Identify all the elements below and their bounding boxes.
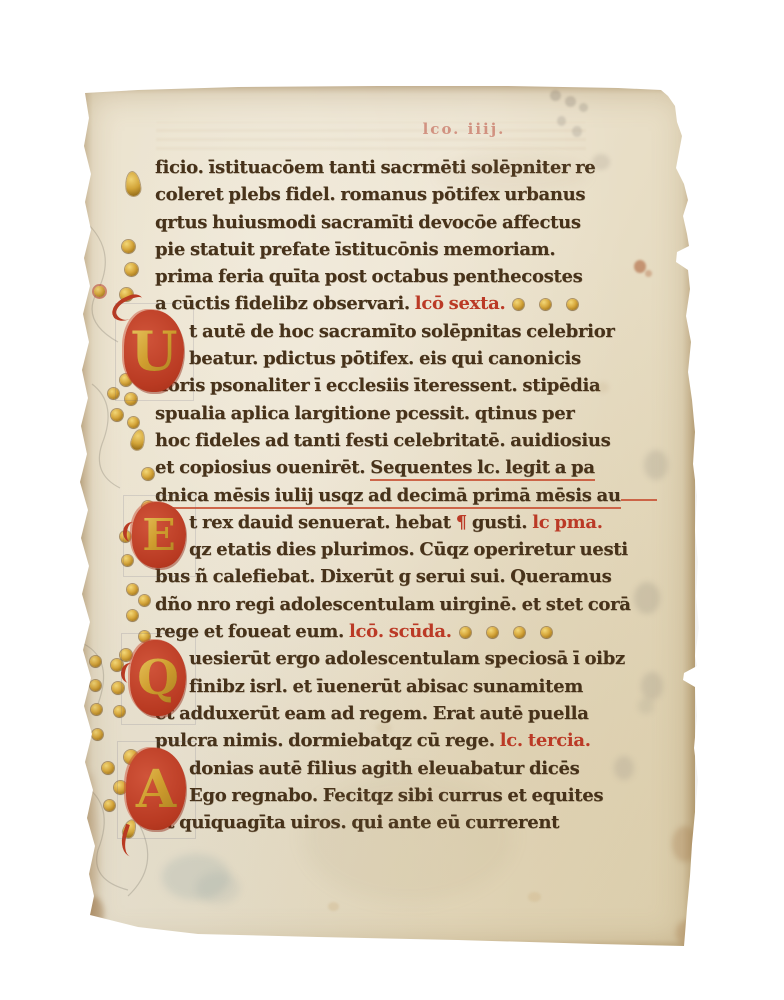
rubric-segment: lc pma. xyxy=(532,512,603,533)
text-segment: qrtus huiusmodi sacramīti devocōe affect… xyxy=(155,212,581,233)
stain xyxy=(641,672,663,700)
gold-line-filler-dot xyxy=(514,627,525,638)
stain xyxy=(550,90,561,101)
text-line: pie statuit prefate īstitucōnis memoriam… xyxy=(155,236,635,263)
text-line: uesierūt ergo adolescentulam speciosā ī … xyxy=(155,645,635,672)
rubric-segment: lcō. scūda. xyxy=(349,621,452,642)
text-segment: pie statuit prefate īstitucōnis memoriam… xyxy=(155,239,555,260)
margin-gold-dot xyxy=(122,240,135,253)
text-line: dño nro regi adolescentulam uirginē. et … xyxy=(155,591,635,618)
text-segment: t rex dauid senuerat. hebat xyxy=(189,512,456,533)
illuminated-initial-q: Q xyxy=(130,640,186,716)
stain xyxy=(672,826,698,862)
text-line: pulcra nimis. dormiebatqz cū rege. lc. t… xyxy=(155,727,635,754)
text-segment: ficio. īstituacōem tanti sacrmēti solēpn… xyxy=(155,157,595,178)
stain xyxy=(634,260,646,273)
text-line: dnica mēsis iulij usqz ad decimā primā m… xyxy=(155,482,635,509)
stain xyxy=(80,896,104,930)
text-line: t autē de hoc sacramīto solēpnitas celeb… xyxy=(155,318,635,345)
gold-line-filler-dot xyxy=(540,299,551,310)
initial-gold-letter: Q xyxy=(130,640,186,716)
text-line: donias autē filius agith eleuabatur dicē… xyxy=(155,755,635,782)
stain xyxy=(645,270,652,277)
text-line: et adduxerūt eam ad regem. Erat autē pue… xyxy=(155,700,635,727)
margin-gold-dot xyxy=(111,409,123,421)
gold-line-filler-dot xyxy=(541,627,552,638)
text-segment: prima feria quīta post octabus penthecos… xyxy=(155,266,583,287)
text-segment: donias autē filius agith eleuabatur dicē… xyxy=(189,758,579,779)
margin-gold-dot xyxy=(142,468,154,480)
text-segment: pulcra nimis. dormiebatqz cū rege. xyxy=(155,730,500,751)
text-line: bus ñ calefiebat. Dixerūt g serui sui. Q… xyxy=(155,563,635,590)
text-line: t rex dauid senuerat. hebat ¶ gusti. lc … xyxy=(155,509,635,536)
margin-gold-dot xyxy=(127,584,138,595)
stain xyxy=(579,103,588,112)
illuminated-initial-a: A xyxy=(126,748,186,830)
illuminated-initial-e: E xyxy=(132,502,186,568)
text-segment: dnica mēsis iulij usqz ad decimā primā m… xyxy=(155,485,621,509)
text-segment: beatur. pdictus pōtifex. eis qui canonic… xyxy=(189,348,581,369)
text-line: ficio. īstituacōem tanti sacrmēti solēpn… xyxy=(155,154,635,181)
text-line: Ego regnabo. Fecitqz sibi currus et equi… xyxy=(155,782,635,809)
stain xyxy=(565,96,576,107)
stain xyxy=(196,872,240,904)
text-segment: et copiosius ouenirēt. xyxy=(155,457,370,478)
gold-line-filler-dot xyxy=(487,627,498,638)
illuminated-initial-u: U xyxy=(124,310,184,392)
text-segment: hoc fideles ad tanti festi celebritatē. … xyxy=(155,430,610,451)
text-line: spualia aplica largitione pcessit. qtinu… xyxy=(155,400,635,427)
stain xyxy=(528,892,541,902)
margin-gold-dot xyxy=(125,263,138,276)
text-segment: qz etatis dies plurimos. Cūqz operiretur… xyxy=(189,539,628,560)
text-segment: gusti. xyxy=(467,512,532,533)
text-segment: et quīquagīta uiros. qui ante eū currere… xyxy=(155,812,559,833)
margin-gold-dot xyxy=(128,417,139,428)
margin-gold-dot xyxy=(90,656,101,667)
gold-line-filler-dot xyxy=(460,627,471,638)
text-segment: uesierūt ergo adolescentulam speciosā ī … xyxy=(189,648,625,669)
stain xyxy=(676,920,698,946)
stain xyxy=(644,450,668,480)
stain xyxy=(638,698,654,714)
margin-gold-dot xyxy=(139,595,150,606)
text-segment: coleret plebs fidel. romanus pōtifex urb… xyxy=(155,184,585,205)
text-line: rege et foueat eum. lcō. scūda. xyxy=(155,618,635,645)
rubric-segment: lcō sexta. xyxy=(415,293,506,314)
text-segment: t autē de hoc sacramīto solēpnitas celeb… xyxy=(189,321,615,342)
margin-gold-dot xyxy=(90,680,101,691)
rubric-segment: lc. tercia. xyxy=(500,730,591,751)
stain xyxy=(80,772,98,942)
text-line: horis psonaliter ī ecclesiis īteressent.… xyxy=(155,372,635,399)
margin-gold-dot xyxy=(92,729,103,740)
gold-line-filler-dot xyxy=(567,299,578,310)
text-segment: spualia aplica largitione pcessit. qtinu… xyxy=(155,403,575,424)
margin-gold-dot xyxy=(104,800,115,811)
stain xyxy=(328,902,339,911)
photo-background: lco. iiij. ficio. īstituacōem tanti sacr… xyxy=(0,0,784,1000)
rubric-segment: ¶ xyxy=(456,512,467,533)
text-line: prima feria quīta post octabus penthecos… xyxy=(155,263,635,290)
margin-gold-teardrop xyxy=(125,171,141,196)
margin-gold-dot xyxy=(127,610,138,621)
stain xyxy=(634,582,660,614)
initial-gold-letter: E xyxy=(132,502,186,568)
text-segment: finibz isrl. et īuenerūt abisac sunamite… xyxy=(189,676,583,697)
text-segment: Ego regnabo. Fecitqz sibi currus et equi… xyxy=(189,785,603,806)
initial-gold-letter: A xyxy=(126,748,186,830)
text-segment: et adduxerūt eam ad regem. Erat autē pue… xyxy=(155,703,589,724)
text-line: qz etatis dies plurimos. Cūqz operiretur… xyxy=(155,536,635,563)
text-segment: horis psonaliter ī ecclesiis īteressent.… xyxy=(155,375,600,396)
margin-gold-dot xyxy=(102,762,114,774)
initial-gold-letter: U xyxy=(124,310,184,392)
text-segment: bus ñ calefiebat. Dixerūt g serui sui. Q… xyxy=(155,566,612,587)
text-block: ficio. īstituacōem tanti sacrmēti solēpn… xyxy=(155,154,635,836)
text-line: qrtus huiusmodi sacramīti devocōe affect… xyxy=(155,209,635,236)
text-line: hoc fideles ad tanti festi celebritatē. … xyxy=(155,427,635,454)
text-line: finibz isrl. et īuenerūt abisac sunamite… xyxy=(155,673,635,700)
text-segment: dño nro regi adolescentulam uirginē. et … xyxy=(155,594,631,615)
text-line: coleret plebs fidel. romanus pōtifex urb… xyxy=(155,181,635,208)
gold-line-filler-dot xyxy=(513,299,524,310)
text-line: beatur. pdictus pōtifex. eis qui canonic… xyxy=(155,345,635,372)
text-segment: Sequentes lc. legit a pa xyxy=(370,457,594,481)
margin-gold-dot xyxy=(94,286,105,297)
text-line: a cūctis fidelibz observari. lcō sexta. xyxy=(155,290,635,317)
margin-gold-teardrop xyxy=(130,429,146,451)
running-header: lco. iiij. xyxy=(404,120,524,138)
stain xyxy=(162,854,230,900)
margin-gold-dot xyxy=(91,704,102,715)
manuscript-leaf: lco. iiij. ficio. īstituacōem tanti sacr… xyxy=(78,84,695,952)
text-line: et quīquagīta uiros. qui ante eū currere… xyxy=(155,809,635,836)
text-line: et copiosius ouenirēt. Sequentes lc. leg… xyxy=(155,454,635,481)
red-underline-extension xyxy=(621,487,657,501)
